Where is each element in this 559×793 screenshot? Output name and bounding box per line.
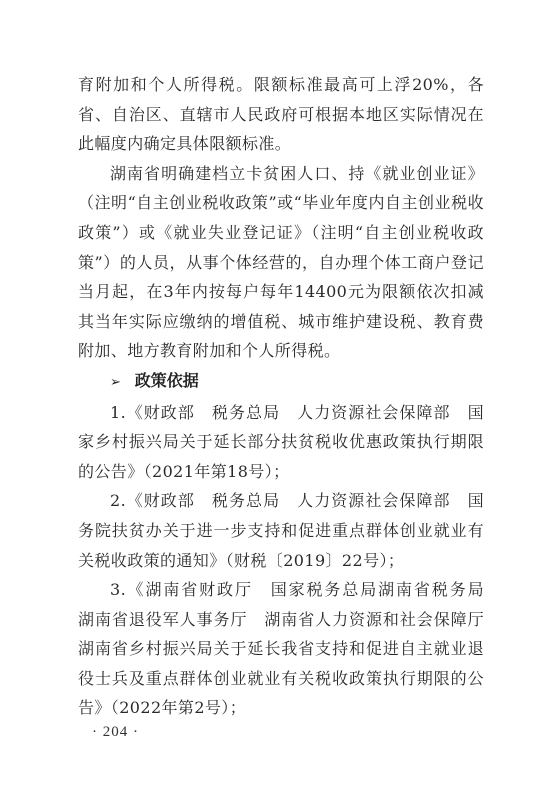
section-heading: ➢政策依据: [78, 366, 484, 398]
paragraph-hunan-policy: 湖南省明确建档立卡贫困人口、持《就业创业证》（注明“自主创业税收政策”或“毕业年…: [78, 159, 484, 366]
paragraph-continuation: 育附加和个人所得税。限额标准最高可上浮20%，各省、自治区、直辖市人民政府可根据…: [78, 70, 484, 159]
policy-basis-item-2: 2.《财政部 税务总局 人力资源社会保障部 国务院扶贫办关于进一步支持和促进重点…: [78, 486, 484, 575]
document-page: 育附加和个人所得税。限额标准最高可上浮20%，各省、自治区、直辖市人民政府可根据…: [78, 70, 484, 723]
section-heading-title: 政策依据: [135, 371, 199, 390]
arrow-bullet-icon: ➢: [110, 368, 135, 398]
page-number: · 204 ·: [92, 724, 139, 741]
policy-basis-item-3: 3.《湖南省财政厅 国家税务总局湖南省税务局 湖南省退役军人事务厅 湖南省人力资…: [78, 575, 484, 723]
policy-basis-item-1: 1.《财政部 税务总局 人力资源社会保障部 国家乡村振兴局关于延长部分扶贫税收优…: [78, 398, 484, 487]
